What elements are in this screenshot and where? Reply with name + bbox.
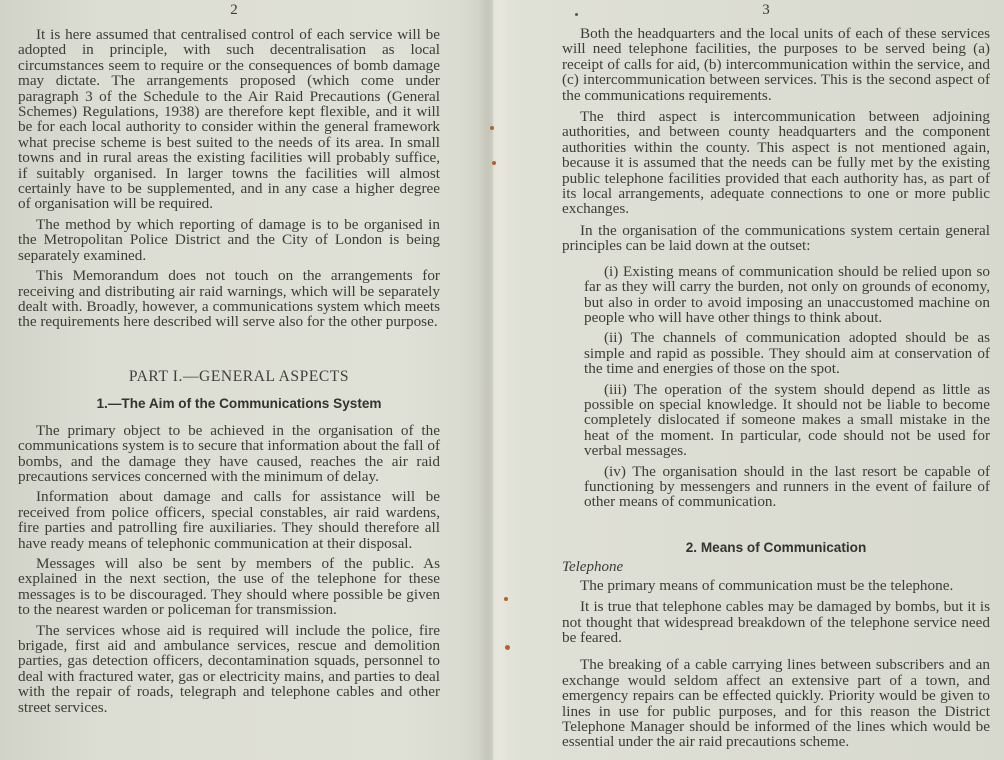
paragraph: The method by which reporting of damage … [18,217,440,263]
part-title: PART I.—GENERAL ASPECTS [38,368,440,386]
paragraph: Messages will also be sent by members of… [18,556,440,618]
paragraph: The services whose aid is required will … [18,623,440,715]
principle-item: (iii) The operation of the system should… [562,382,990,459]
section-title: 2. Means of Communication [562,540,990,555]
paragraph: This Memorandum does not touch on the ar… [18,268,440,330]
principle-item: (i) Existing means of communication shou… [562,264,990,326]
paragraph: Both the headquarters and the local unit… [562,26,990,103]
paragraph: The primary object to be achieved in the… [18,423,440,485]
staple-mark [492,161,496,165]
paragraph: It is here assumed that centralised cont… [18,27,440,212]
right-page: 3 Both the headquarters and the local un… [562,0,990,760]
paragraph: In the organisation of the communication… [562,223,990,254]
binding-gutter [478,0,508,760]
book-spread: 2 It is here assumed that centralised co… [0,0,1004,760]
paragraph: It is true that telephone cables may be … [562,599,990,645]
subheading: Telephone [562,559,990,576]
principle-item: (ii) The channels of communication adopt… [562,330,990,376]
page-number: 3 [542,2,990,20]
staple-mark [505,645,510,650]
staple-mark [490,126,494,130]
staple-mark [504,597,508,601]
page-number: 2 [28,2,440,20]
principle-item: (iv) The organisation should in the last… [562,464,990,510]
section-title: 1.—The Aim of the Communications System [38,396,440,411]
paragraph: Information about damage and calls for a… [18,489,440,551]
paragraph: The primary means of communication must … [562,578,990,593]
left-page: 2 It is here assumed that centralised co… [18,0,440,760]
paragraph: The breaking of a cable carrying lines b… [562,657,990,749]
paragraph: The third aspect is intercommunication b… [562,109,990,217]
